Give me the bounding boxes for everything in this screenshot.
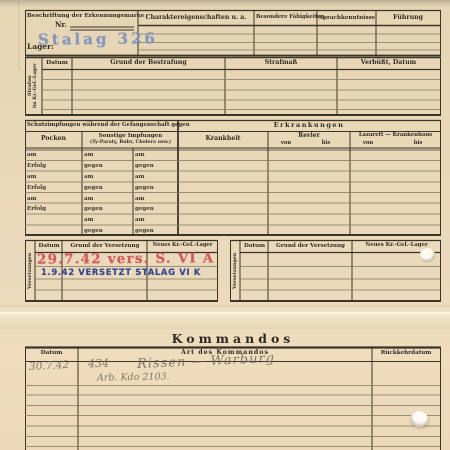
- strafen-col-strafmass: Strafmaß: [226, 60, 336, 67]
- impf-row-label: am: [135, 152, 144, 158]
- strafen-col-verbuesst: Verbüßt, Datum: [338, 60, 439, 67]
- impf-row-label: am: [84, 217, 93, 223]
- impf-row-label: am: [135, 196, 144, 202]
- handwritten-arbeitskommando-note: Arb. Kdo 2103.: [97, 371, 170, 383]
- stalag-326-stamp: Stalag 326: [38, 29, 158, 48]
- impf-row-label: am: [84, 174, 93, 180]
- impf-row-label: am: [84, 196, 93, 202]
- impf-row-label: am: [135, 217, 144, 223]
- kommandos-col-rueckkehrdatum: Rückkehrdatum: [373, 350, 439, 356]
- col-charaktereigenschaften: Charaktereigenschaften u. a.: [140, 15, 252, 22]
- impf-row-label: gegen: [84, 228, 103, 234]
- col-besondere-faehigkeiten: Besondere Fähigkeiten: [256, 15, 315, 21]
- form-grid-lines: [0, 0, 450, 450]
- kommandos-title: Kommandos: [25, 332, 441, 346]
- punch-hole-top: [420, 248, 435, 262]
- versetzungen-l-col-datum: Datum: [36, 243, 62, 249]
- impf-row-label: Erfolg: [27, 206, 46, 212]
- versetzungen-r-col-datum: Datum: [241, 243, 268, 249]
- nr-label: Nr.: [55, 21, 67, 29]
- handwritten-kommando-number: 434: [88, 357, 109, 371]
- impfungen-header: Schutzimpfungen während der Gefangenscha…: [27, 123, 176, 129]
- revier-von-label: von: [276, 141, 296, 147]
- versetzungen-r-col-grund: Grund der Versetzung: [269, 243, 352, 249]
- versetzungen-side-label-right: Versetzungen: [231, 242, 240, 300]
- versetzungen-side-label-left: Versetzungen: [26, 242, 35, 300]
- impf-row-label: am: [135, 174, 144, 180]
- versetzungen-l-col-neues-lager: Neues Kr.-Gef.-Lager: [148, 243, 217, 249]
- impf-row-label: Erfolg: [27, 163, 46, 169]
- strafen-side-label: Strafen im Kr.-Gef.-Lager: [26, 59, 41, 113]
- impf-row-label: gegen: [84, 185, 103, 191]
- impf-row-label: am: [27, 196, 36, 202]
- col-pocken: Pocken: [26, 136, 81, 143]
- col-sonstige-impfungen: Sonstige Impfungen: [84, 133, 177, 139]
- strafen-col-grund: Grund der Bestrafung: [73, 60, 224, 67]
- erkennungsmarke-title: Beschriftung der Erkennungsmarke: [27, 13, 136, 19]
- transfer-stamp-red: 29.7.42 vers. S. VI A: [37, 250, 215, 267]
- revier-bis-label: bis: [316, 141, 336, 147]
- kommandos-col-datum: Datum: [26, 350, 77, 356]
- impf-row-label: gegen: [135, 185, 154, 191]
- impf-row-label: am: [27, 152, 36, 158]
- impf-row-label: am: [27, 174, 36, 180]
- impf-row-label: Erfolg: [27, 185, 46, 191]
- col-revier: Revier: [269, 133, 349, 140]
- lazarett-von-label: von: [358, 141, 378, 147]
- col-sprachkenntnisse: Sprachkenntnisse: [319, 15, 374, 21]
- col-sonstige-impfungen-sub: (Ty-Paraty, Ruhr, Cholera usw.): [84, 140, 177, 145]
- handwritten-date: 30.7.42: [29, 359, 70, 373]
- punch-hole-bottom: [410, 411, 428, 427]
- col-fuehrung: Führung: [378, 15, 438, 22]
- erkrankungen-header: Erkrankungen: [179, 122, 439, 129]
- transfer-stamp-blue: 1.9.42 VERSETZT STALAG VI K: [41, 268, 201, 278]
- versetzungen-l-col-grund: Grund der Versetzung: [63, 243, 147, 249]
- impf-row-label: am: [84, 152, 93, 158]
- impf-row-label: gegen: [84, 163, 103, 169]
- col-krankheit: Krankheit: [179, 136, 267, 143]
- impf-row-label: gegen: [135, 206, 154, 212]
- impf-row-label: gegen: [84, 206, 103, 212]
- pow-record-card: Beschriftung der Erkennungsmarke Nr. Lag…: [0, 0, 450, 450]
- strafen-col-datum: Datum: [43, 60, 71, 66]
- impf-row-label: gegen: [135, 163, 154, 169]
- impf-row-label: gegen: [135, 228, 154, 234]
- lazarett-bis-label: bis: [408, 141, 428, 147]
- col-lazarett: Lazarett — Krankenhaus: [351, 133, 440, 139]
